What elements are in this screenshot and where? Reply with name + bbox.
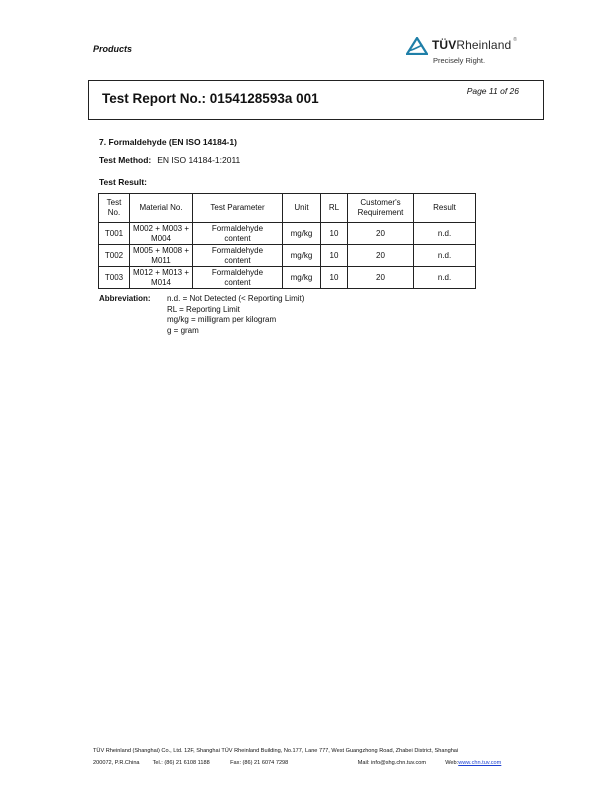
cell-result: n.d. xyxy=(414,223,476,245)
table-row: T001M002 + M003 + M004Formaldehyde conte… xyxy=(99,223,476,245)
test-result-label: Test Result: xyxy=(99,177,147,187)
cell-test-parameter: Formaldehyde content xyxy=(193,267,283,289)
tuv-rheinland-logo: TÜVRheinland® Precisely Right. xyxy=(406,36,546,68)
cell-unit: mg/kg xyxy=(283,223,321,245)
test-result-table: Test No. Material No. Test Parameter Uni… xyxy=(98,193,476,289)
footer-mail: Mail: info@shg.chn.tuv.com xyxy=(358,757,444,769)
cell-test-no: T003 xyxy=(99,267,130,289)
cell-rl: 10 xyxy=(321,223,348,245)
header-material-no: Material No. xyxy=(130,194,193,223)
header-unit: Unit xyxy=(283,194,321,223)
footer-contact-row: 200072, P.R.China Tel.: (86) 21 6108 118… xyxy=(93,757,501,769)
cell-customer-requirement: 20 xyxy=(348,267,414,289)
abbreviation-item: g = gram xyxy=(167,326,304,337)
test-method-value: EN ISO 14184-1:2011 xyxy=(157,155,240,165)
cell-unit: mg/kg xyxy=(283,245,321,267)
cell-rl: 10 xyxy=(321,267,348,289)
section-title: 7. Formaldehyde (EN ISO 14184-1) xyxy=(99,137,237,147)
footer-postcode: 200072, P.R.China xyxy=(93,757,151,769)
tuv-triangle-logo-icon xyxy=(406,37,428,55)
report-header-box: Test Report No.: 0154128593a 001 Page 11… xyxy=(88,80,544,120)
abbreviation-item: mg/kg = milligram per kilogram xyxy=(167,315,304,326)
cell-result: n.d. xyxy=(414,245,476,267)
page-number: Page 11 of 26 xyxy=(467,86,519,96)
cell-unit: mg/kg xyxy=(283,267,321,289)
table-row: T002M005 + M008 + M011Formaldehyde conte… xyxy=(99,245,476,267)
cell-customer-requirement: 20 xyxy=(348,245,414,267)
cell-test-parameter: Formaldehyde content xyxy=(193,245,283,267)
table-row: T003M012 + M013 + M014Formaldehyde conte… xyxy=(99,267,476,289)
footer-address: TÜV Rheinland (Shanghai) Co., Ltd. 12F, … xyxy=(93,745,501,757)
cell-material-no: M005 + M008 + M011 xyxy=(130,245,193,267)
abbreviation-list: n.d. = Not Detected (< Reporting Limit) … xyxy=(167,294,304,336)
cell-material-no: M012 + M013 + M014 xyxy=(130,267,193,289)
footer-web: Web:www.chn.tuv.com xyxy=(445,757,501,769)
cell-material-no: M002 + M003 + M004 xyxy=(130,223,193,245)
cell-test-parameter: Formaldehyde content xyxy=(193,223,283,245)
footer-fax: Fax: (86) 21 6074 7298 xyxy=(230,757,356,769)
logo-tagline: Precisely Right. xyxy=(433,56,485,65)
test-method: Test Method:EN ISO 14184-1:2011 xyxy=(99,155,240,165)
cell-result: n.d. xyxy=(414,267,476,289)
abbreviation-item: RL = Reporting Limit xyxy=(167,305,304,316)
header-customer-requirement: Customer's Requirement xyxy=(348,194,414,223)
header-rl: RL xyxy=(321,194,348,223)
cell-test-no: T001 xyxy=(99,223,130,245)
header-result: Result xyxy=(414,194,476,223)
test-method-label: Test Method: xyxy=(99,155,151,165)
table-header-row: Test No. Material No. Test Parameter Uni… xyxy=(99,194,476,223)
section-label: Products xyxy=(93,44,132,54)
cell-test-no: T002 xyxy=(99,245,130,267)
footer-web-link[interactable]: www.chn.tuv.com xyxy=(458,760,501,766)
logo-brand: TÜVRheinland® xyxy=(432,38,517,52)
abbreviation-label: Abbreviation: xyxy=(99,294,151,305)
page-footer: TÜV Rheinland (Shanghai) Co., Ltd. 12F, … xyxy=(93,745,501,769)
report-title: Test Report No.: 0154128593a 001 xyxy=(102,91,319,106)
header-test-no: Test No. xyxy=(99,194,130,223)
cell-customer-requirement: 20 xyxy=(348,223,414,245)
cell-rl: 10 xyxy=(321,245,348,267)
footer-tel: Tel.: (86) 21 6108 1188 xyxy=(153,757,229,769)
abbreviation-item: n.d. = Not Detected (< Reporting Limit) xyxy=(167,294,304,305)
header-test-parameter: Test Parameter xyxy=(193,194,283,223)
